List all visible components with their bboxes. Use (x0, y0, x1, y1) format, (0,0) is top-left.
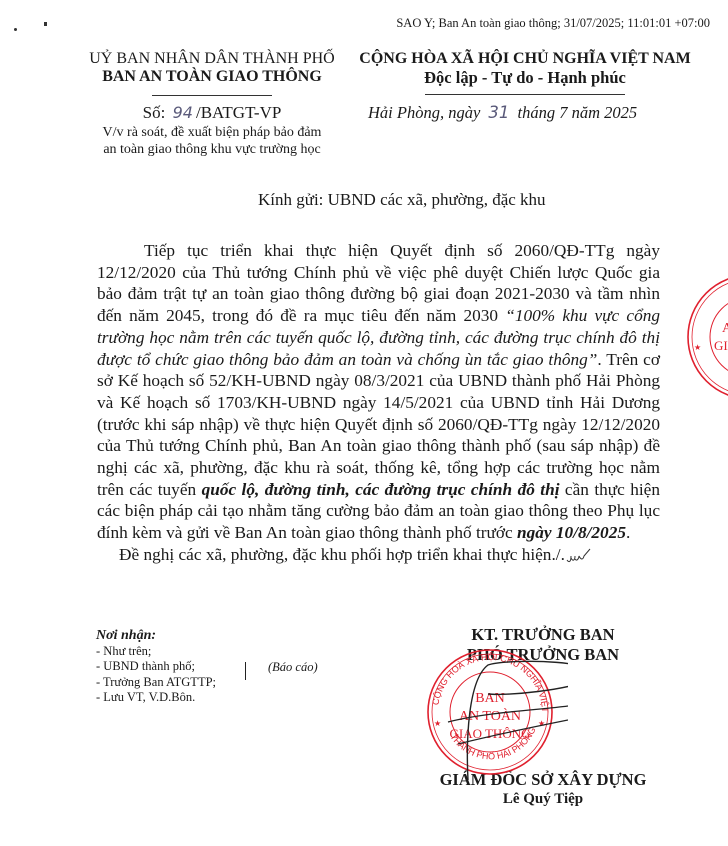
seal-center-line: GIAO THÔNG (449, 726, 530, 741)
national-motto: Độc lập - Tự do - Hạnh phúc (350, 68, 700, 88)
recipient-item: - Trưởng Ban ATGTTP; (96, 675, 216, 691)
bracket-line (245, 662, 246, 680)
recipients-title: Nơi nhận: (96, 628, 216, 644)
text-span: Đề nghị các xã, phường, đặc khu phối hợp… (119, 545, 565, 564)
number-prefix: Số: (143, 103, 166, 122)
nation-name: CỘNG HÒA XÃ HỘI CHỦ NGHĨA VIỆT NAM (350, 50, 700, 68)
header-divider (152, 95, 272, 96)
recipient-item: - UBND thành phố; (96, 659, 216, 675)
text-span: . Trên cơ sở Kế hoạch số 52/KH-UBND ngày… (97, 350, 660, 499)
svg-text:GIAO: GIAO (714, 338, 728, 353)
number-handwritten: 94 (173, 103, 193, 122)
svg-text:AN: AN (722, 321, 728, 336)
subject-line: an toàn giao thông khu vực trường học (72, 141, 352, 158)
agency-parent: UỶ BAN NHÂN DÂN THÀNH PHỐ (72, 50, 352, 68)
partial-seal-icon: AN GIAO ★ (684, 262, 728, 412)
document-number: Số: 94/BATGT-VP (72, 102, 352, 124)
official-seal-icon: CỘNG HOÀ XÃ HỘI CHỦ NGHĨA VIỆT NAM THÀNH… (418, 640, 568, 780)
subject-line: V/v rà soát, đề xuất biện pháp bảo đảm (72, 124, 352, 141)
day-handwritten: 31 (488, 103, 509, 122)
issue-date: Hải Phòng, ngày 31 tháng 7 năm 2025 (368, 103, 637, 123)
report-note: (Báo cáo) (268, 660, 318, 675)
letter-body: Tiếp tục triển khai thực hiện Quyết định… (97, 240, 660, 566)
number-suffix: /BATGT-VP (196, 103, 281, 122)
agency-name: BAN AN TOÀN GIAO THÔNG (72, 68, 352, 86)
recipient-item: - Như trên; (96, 644, 216, 660)
text-span: . (626, 523, 630, 542)
issuing-agency-header: UỶ BAN NHÂN DÂN THÀNH PHỐ BAN AN TOÀN GI… (72, 50, 352, 158)
emphasis-roads: quốc lộ, đường tỉnh, các đường trục chín… (202, 480, 560, 499)
national-header: CỘNG HÒA XÃ HỘI CHỦ NGHĨA VIỆT NAM Độc l… (350, 50, 700, 95)
scan-speck (44, 22, 47, 26)
svg-text:★: ★ (694, 343, 701, 352)
paragraph-closing: Đề nghị các xã, phường, đặc khu phối hợp… (97, 544, 660, 566)
addressee: Kính gửi: UBND các xã, phường, đặc khu (258, 190, 546, 210)
scan-speck (14, 28, 17, 31)
deadline: ngày 10/8/2025 (517, 523, 626, 542)
svg-text:★: ★ (434, 719, 441, 728)
svg-text:★: ★ (538, 719, 545, 728)
recipient-item: - Lưu VT, V.D.Bôn. (96, 690, 216, 706)
certification-stamp: SAO Y; Ban An toàn giao thông; 31/07/202… (396, 16, 710, 31)
date-prefix: Hải Phòng, ngày (368, 103, 480, 122)
seal-center-line: BAN (475, 691, 505, 706)
paragraph-main: Tiếp tục triển khai thực hiện Quyết định… (97, 240, 660, 544)
signer-name: Lê Quý Tiệp (400, 791, 686, 808)
motto-underline (425, 94, 625, 95)
date-suffix: tháng 7 năm 2025 (518, 103, 638, 122)
initials-signature-icon (565, 548, 591, 564)
recipients-block: Nơi nhận: - Như trên; - UBND thành phố; … (96, 628, 216, 706)
